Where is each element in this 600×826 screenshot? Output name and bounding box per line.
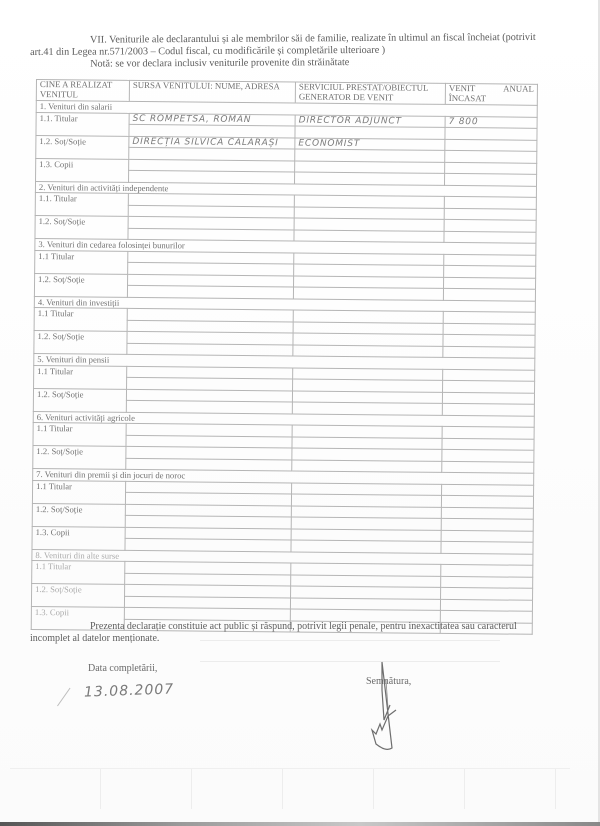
scan-border xyxy=(0,822,600,826)
cell-income xyxy=(444,219,536,231)
empty-cell xyxy=(440,599,532,611)
income-table: CINE A REALIZAT VENITUL SURSA VENITULUI:… xyxy=(31,79,538,635)
empty-cell xyxy=(445,150,537,162)
cell-income xyxy=(441,564,533,576)
column-header-income: VENIT ANUAL ÎNCASAT xyxy=(445,83,537,105)
row-label: 1.2. Soț/Soție xyxy=(33,445,126,469)
cell-income xyxy=(443,369,535,381)
row-label: 1.2. Soț/Soție xyxy=(35,215,128,239)
row-label: 1.3. Copii xyxy=(32,526,125,550)
statement-line-1: Prezenta declarație constituie act publi… xyxy=(30,621,570,633)
empty-cell xyxy=(441,495,533,507)
row-label: 1.2. Soț/Soție xyxy=(31,583,124,607)
column-header-service: SERVICIUL PRESTAT/OBIECTUL GENERATOR DE … xyxy=(295,82,445,104)
row-label: 1.2. Soț/Soție xyxy=(36,135,129,159)
date-value-handwritten: 13.08.2007 xyxy=(84,681,175,700)
cell-income xyxy=(445,162,537,174)
cell-income xyxy=(443,334,535,346)
row-label: 1.3. Copii xyxy=(36,158,129,182)
cell-income xyxy=(441,530,533,542)
cell-income xyxy=(444,196,536,208)
empty-cell xyxy=(441,541,533,553)
cell-income xyxy=(445,139,537,151)
cell-income xyxy=(441,587,533,599)
empty-cell xyxy=(442,438,534,450)
row-label: 1.2. Soț/Soție xyxy=(34,273,127,297)
empty-cell xyxy=(441,576,533,588)
date-label: Data completării, xyxy=(88,663,157,674)
cell-income xyxy=(442,392,534,404)
empty-cell xyxy=(443,323,535,335)
cell-income xyxy=(441,507,533,519)
row-label: 1.1 Titular xyxy=(32,560,125,584)
cell-income xyxy=(442,449,534,461)
column-header-income-incasat: ÎNCASAT xyxy=(449,93,534,103)
cell-income xyxy=(444,277,536,289)
empty-cell xyxy=(442,461,534,473)
cell-income xyxy=(444,254,536,266)
row-label: 1.1. Titular xyxy=(36,112,129,136)
empty-cell xyxy=(445,173,537,185)
column-header-source: SURSA VENITULUI: NUME, ADRESA xyxy=(129,80,295,103)
cell-income xyxy=(442,484,534,496)
cell-income xyxy=(443,311,535,323)
empty-cell xyxy=(444,208,536,220)
empty-cell xyxy=(442,403,534,415)
empty-cell xyxy=(441,518,533,530)
empty-cell xyxy=(445,127,537,139)
row-label: 1.1 Titular xyxy=(32,480,125,504)
empty-cell xyxy=(443,380,535,392)
signature-icon xyxy=(368,660,428,760)
statement-line-2: incomplet al datelor menționate. xyxy=(30,633,570,645)
column-header-who: CINE A REALIZAT VENITUL xyxy=(36,80,129,102)
declaration-statement: Prezenta declarație constituie act publi… xyxy=(30,621,570,645)
row-label: 1.2. Soț/Soție xyxy=(32,503,125,527)
row-label: 1.1 Titular xyxy=(34,365,127,389)
heading-note: Notă: se vor declara inclusiv veniturile… xyxy=(30,56,590,71)
row-label: 1.1. Titular xyxy=(35,192,128,216)
row-label: 1.1 Titular xyxy=(34,307,127,331)
row-label: 1.1 Titular xyxy=(35,250,128,274)
column-header-income-anual: ANUAL xyxy=(503,84,534,94)
row-label: 1.1 Titular xyxy=(33,422,126,446)
empty-cell xyxy=(443,288,535,300)
bleed-through-grid xyxy=(10,768,570,809)
pen-stroke xyxy=(57,688,82,715)
empty-cell xyxy=(444,265,536,277)
cell-income xyxy=(442,426,534,438)
scanned-page: VII. Veniturile ale declarantului și ale… xyxy=(0,0,600,826)
row-label: 1.2. Soț/Soție xyxy=(33,388,126,412)
section-heading: VII. Veniturile ale declarantului și ale… xyxy=(30,32,590,71)
empty-cell xyxy=(443,346,535,358)
empty-cell xyxy=(444,231,536,243)
row-label: 1.2. Soț/Soție xyxy=(34,330,127,354)
cell-income: 7 800 xyxy=(445,116,537,128)
